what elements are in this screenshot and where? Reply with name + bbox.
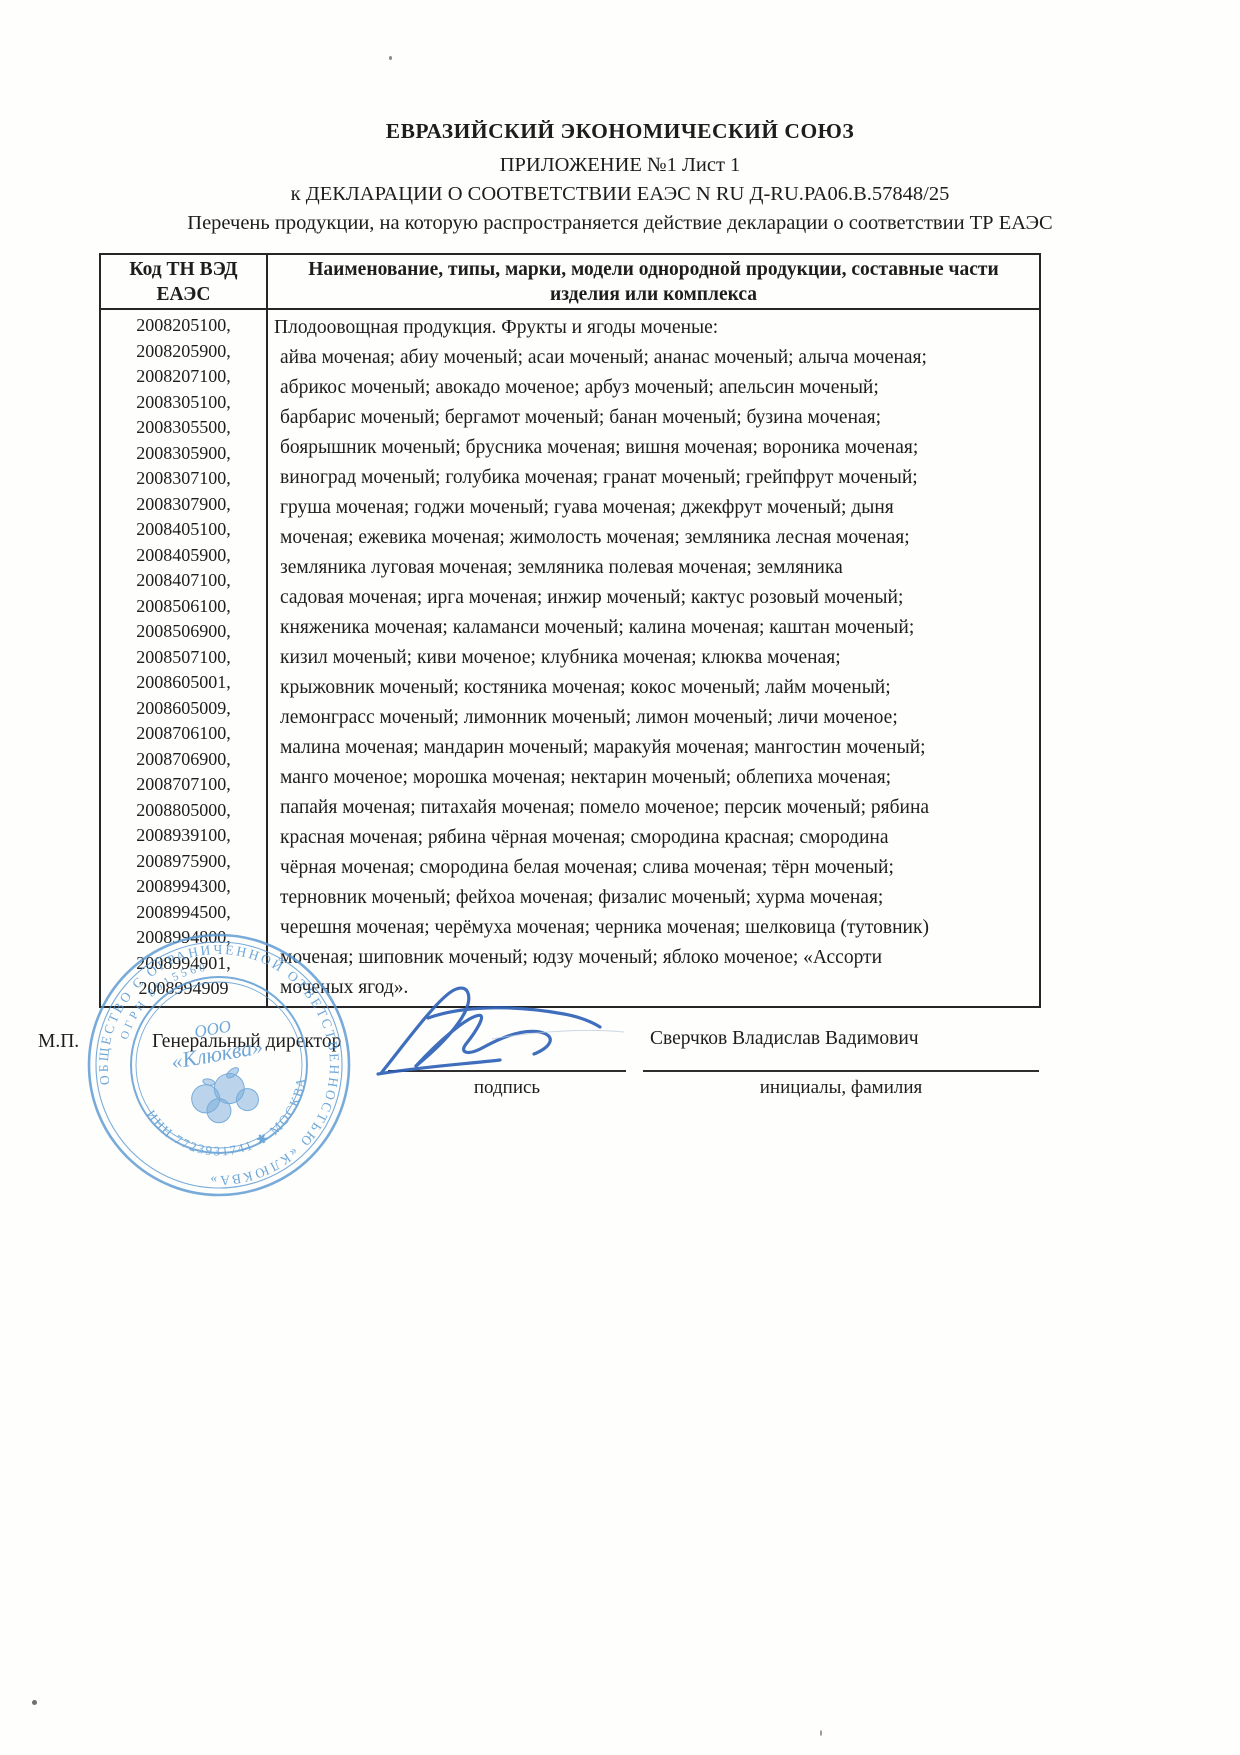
tnved-code: 2008305500, (101, 415, 266, 441)
scanned-declaration-page: ЕВРАЗИЙСКИЙ ЭКОНОМИЧЕСКИЙ СОЮЗ ПРИЛОЖЕНИ… (0, 0, 1240, 1755)
cranberries-icon (187, 1063, 261, 1127)
appendix-line: ПРИЛОЖЕНИЕ №1 Лист 1 (0, 154, 1240, 177)
tnved-code-list: 2008205100,2008205900,2008207100,2008305… (101, 310, 268, 1006)
description-line: лемонграсс моченый; лимонник моченый; ли… (273, 703, 1035, 733)
subtitle-line: Перечень продукции, на которую распростр… (0, 212, 1240, 235)
tnved-code: 2008405900, (101, 543, 266, 569)
tnved-code: 2008506900, (101, 619, 266, 645)
description-line: папайя моченая; питахайя моченая; помело… (273, 793, 1035, 823)
signature-ink-icon (372, 984, 628, 1080)
description-line: моченая; ежевика моченая; жимолость моче… (273, 523, 1035, 553)
stamp-org-name: «Клюква» (169, 1033, 264, 1074)
tnved-code: 2008407100, (101, 568, 266, 594)
name-rule (643, 1070, 1039, 1072)
handwritten-signature (372, 984, 628, 1080)
stamp-org-type: ООО (193, 1016, 233, 1041)
description-line: терновник моченый; фейхоа моченая; физал… (273, 883, 1035, 913)
union-title: ЕВРАЗИЙСКИЙ ЭКОНОМИЧЕСКИЙ СОЮЗ (0, 119, 1240, 144)
description-line: чёрная моченая; смородина белая моченая;… (273, 853, 1035, 883)
tnved-code: 2008205900, (101, 339, 266, 365)
name-caption: инициалы, фамилия (643, 1077, 1039, 1099)
tnved-code: 2008605001, (101, 670, 266, 696)
director-name: Сверчков Владислав Вадимович (650, 1028, 919, 1050)
tnved-code: 2008605009, (101, 696, 266, 722)
company-round-stamp: ОБЩЕСТВО С ОГРАНИЧЕННОЙ ОТВЕТСТВЕННОСТЬЮ… (84, 930, 354, 1200)
description-line: барбарис моченый; бергамот моченый; бана… (273, 403, 1035, 433)
declaration-number-line: к ДЕКЛАРАЦИИ О СООТВЕТСТВИИ ЕАЭС N RU Д-… (0, 183, 1240, 206)
table-body-row: 2008205100,2008205900,2008207100,2008305… (101, 310, 1039, 1006)
description-line: манго моченое; морошка моченая; нектарин… (273, 763, 1035, 793)
col-header-product-name: Наименование, типы, марки, модели одноро… (268, 255, 1039, 308)
tnved-code: 2008994300, (101, 874, 266, 900)
tnved-code: 2008506100, (101, 594, 266, 620)
product-table: Код ТН ВЭД ЕАЭС Наименование, типы, марк… (99, 253, 1041, 1008)
description-line: кизил моченый; киви моченое; клубника мо… (273, 643, 1035, 673)
tnved-code: 2008307900, (101, 492, 266, 518)
tnved-code: 2008706100, (101, 721, 266, 747)
stamp-icon: ОБЩЕСТВО С ОГРАНИЧЕННОЙ ОТВЕТСТВЕННОСТЬЮ… (84, 930, 354, 1200)
description-line: моченая; шиповник моченый; юдзу моченый;… (273, 943, 1035, 973)
description-line: красная моченая; рябина чёрная моченая; … (273, 823, 1035, 853)
description-line: земляника луговая моченая; земляника пол… (273, 553, 1035, 583)
tnved-code: 2008939100, (101, 823, 266, 849)
tnved-code: 2008707100, (101, 772, 266, 798)
signature-caption: подпись (388, 1077, 626, 1099)
description-line: черешня моченая; черёмуха моченая; черни… (273, 913, 1035, 943)
tnved-code: 2008805000, (101, 798, 266, 824)
tnved-code: 2008994500, (101, 900, 266, 926)
tnved-code: 2008507100, (101, 645, 266, 671)
description-line: садовая моченая; ирга моченая; инжир моч… (273, 583, 1035, 613)
scan-speck (389, 56, 392, 60)
stamp-place-label: М.П. (38, 1031, 79, 1053)
tnved-code: 2008207100, (101, 364, 266, 390)
product-description: Плодоовощная продукция. Фрукты и ягоды м… (268, 310, 1039, 1006)
tnved-code: 2008405100, (101, 517, 266, 543)
tnved-code: 2008307100, (101, 466, 266, 492)
description-line: айва моченая; абиу моченый; асаи моченый… (273, 343, 1035, 373)
description-line: абрикос моченый; авокадо моченое; арбуз … (273, 373, 1035, 403)
scan-speck (820, 1730, 822, 1736)
tnved-code: 2008305100, (101, 390, 266, 416)
description-line: Плодоовощная продукция. Фрукты и ягоды м… (273, 313, 1035, 343)
description-line: виноград моченый; голубика моченая; гран… (273, 463, 1035, 493)
description-line: боярышник моченый; брусника моченая; виш… (273, 433, 1035, 463)
scan-speck (32, 1700, 37, 1705)
table-header-row: Код ТН ВЭД ЕАЭС Наименование, типы, марк… (101, 255, 1039, 310)
tnved-code: 2008706900, (101, 747, 266, 773)
tnved-code: 2008975900, (101, 849, 266, 875)
col-header-tnved-code: Код ТН ВЭД ЕАЭС (101, 255, 268, 308)
tnved-code: 2008305900, (101, 441, 266, 467)
description-line: груша моченая; годжи моченый; гуава моче… (273, 493, 1035, 523)
description-line: малина моченая; мандарин моченый; мараку… (273, 733, 1035, 763)
description-line: княженика моченая; каламанси моченый; ка… (273, 613, 1035, 643)
tnved-code: 2008205100, (101, 313, 266, 339)
description-line: крыжовник моченый; костяника моченая; ко… (273, 673, 1035, 703)
